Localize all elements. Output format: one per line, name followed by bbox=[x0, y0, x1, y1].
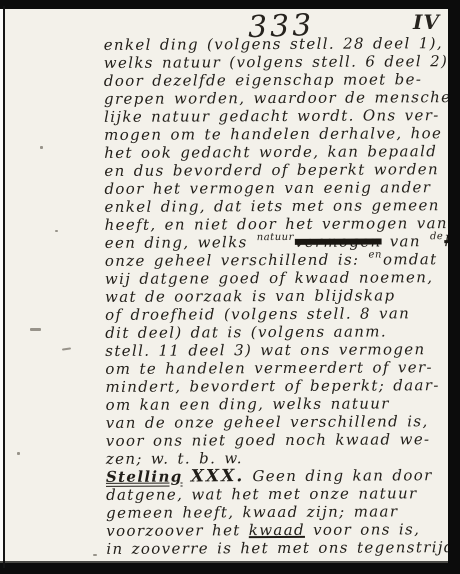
manuscript-line: door het vermogen van eenig ander bbox=[104, 178, 450, 198]
ink-speck bbox=[93, 554, 97, 556]
text-segment: voorzoover het bbox=[106, 521, 249, 540]
ink-speck bbox=[62, 347, 71, 350]
manuscript-line: wat de oorzaak is van blijdskap bbox=[105, 286, 451, 306]
manuscript-line: Stelling XXX. Geen ding kan door bbox=[106, 466, 452, 486]
text-segment: mindert, bevordert of beperkt; daar- bbox=[105, 376, 439, 396]
text-segment: mogen om te handelen derhalve, hoe bbox=[104, 124, 442, 144]
text-segment: XXX. bbox=[191, 466, 245, 486]
manuscript-line: voor ons niet goed noch kwaad we- bbox=[106, 430, 452, 450]
manuscript-line: grepen worden, waardoor de mensche- bbox=[104, 88, 450, 108]
text-segment: omdat bbox=[383, 250, 438, 268]
ink-speck bbox=[30, 328, 41, 331]
text-segment: of droefheid (volgens stell. 8 van bbox=[105, 304, 410, 324]
text-segment: grepen worden, waardoor de mensche- bbox=[104, 88, 458, 108]
manuscript-line: in zooverre is het met ons tegenstrijdig… bbox=[106, 538, 452, 558]
text-segment: wij datgene goed of kwaad noemen, bbox=[105, 268, 434, 288]
ink-speck bbox=[55, 230, 58, 232]
text-segment: van de onze geheel verschillend is, bbox=[106, 412, 429, 432]
manuscript-page: 333 IV enkel ding (volgens stell. 28 dee… bbox=[5, 9, 448, 561]
manuscript-line: enkel ding (volgens stell. 28 deel 1), bbox=[104, 34, 450, 54]
manuscript-line: om kan een ding, welks natuur bbox=[106, 394, 452, 414]
manuscript-line: zen; w. t. b. w. bbox=[106, 448, 452, 468]
text-segment: door het vermogen van eenig ander bbox=[104, 178, 431, 198]
manuscript-line: een ding, welks natuurvermogen van dehet bbox=[105, 232, 451, 252]
inserted-correction: en bbox=[368, 246, 381, 264]
manuscript-line: mogen om te handelen derhalve, hoe bbox=[104, 124, 450, 144]
text-segment: zen; w. t. b. w. bbox=[106, 449, 243, 468]
manuscript-line: mindert, bevordert of beperkt; daar- bbox=[105, 376, 451, 396]
manuscript-line: gemeen heeft, kwaad zijn; maar bbox=[106, 502, 452, 522]
manuscript-line: enkel ding, dat iets met ons gemeen bbox=[104, 196, 450, 216]
ink-speck bbox=[17, 452, 20, 455]
manuscript-line: door dezelfde eigenschap moet be- bbox=[104, 70, 450, 90]
scan-border-bottom bbox=[0, 563, 460, 574]
manuscript-line: en dus bevorderd of beperkt worden bbox=[104, 160, 450, 180]
part-label: IV bbox=[413, 10, 440, 34]
manuscript-line: onze geheel verschillend is: enomdat bbox=[105, 250, 451, 270]
text-segment: om te handelen vermeerdert of ver- bbox=[105, 358, 433, 378]
scan-border-top bbox=[0, 0, 460, 9]
inserted-correction: natuur bbox=[257, 229, 294, 247]
manuscript-line: stell. 11 deel 3) wat ons vermogen bbox=[105, 340, 451, 360]
text-segment: onze geheel verschillend is: bbox=[105, 251, 368, 270]
manuscript-line: wij datgene goed of kwaad noemen, bbox=[105, 268, 451, 288]
text-segment: voor ons niet goed noch kwaad we- bbox=[106, 430, 431, 450]
manuscript-line: van de onze geheel verschillend is, bbox=[106, 412, 452, 432]
text-segment: een ding, welks bbox=[105, 233, 256, 252]
manuscript-line: dit deel) dat is (volgens aanm. bbox=[105, 322, 451, 342]
text-segment bbox=[182, 467, 190, 485]
inserted-correction: de bbox=[430, 228, 443, 246]
text-segment: het ook gedacht worde, kan bepaald bbox=[104, 142, 437, 162]
text-segment: door dezelfde eigenschap moet be- bbox=[104, 70, 422, 90]
manuscript-line: of droefheid (volgens stell. 8 van bbox=[105, 304, 451, 324]
manuscript-line: voorzoover het kwaad voor ons is, bbox=[106, 520, 452, 540]
manuscript-line: het ook gedacht worde, kan bepaald bbox=[104, 142, 450, 162]
scan-border-right bbox=[448, 0, 460, 574]
text-segment: voor ons is, bbox=[305, 520, 420, 539]
manuscript-line: datgene, wat het met onze natuur bbox=[106, 484, 452, 504]
text-segment: kwaad bbox=[249, 521, 305, 539]
text-segment: en dus bevorderd of beperkt worden bbox=[104, 160, 439, 180]
text-segment: wat de oorzaak is van blijdskap bbox=[105, 286, 396, 306]
text-segment: lijke natuur gedacht wordt. Ons ver- bbox=[104, 106, 440, 126]
text-segment: gemeen heeft, kwaad zijn; maar bbox=[106, 502, 398, 522]
scan-border-left bbox=[3, 6, 5, 568]
manuscript-scan: 333 IV enkel ding (volgens stell. 28 dee… bbox=[0, 0, 460, 574]
text-segment: stell. 11 deel 3) wat ons vermogen bbox=[105, 340, 425, 360]
text-segment: datgene, wat het met onze natuur bbox=[106, 484, 418, 504]
manuscript-line: welks natuur (volgens stell. 6 deel 2), bbox=[104, 52, 450, 72]
text-segment: enkel ding, dat iets met ons gemeen bbox=[104, 196, 439, 216]
text-segment: van bbox=[382, 232, 429, 250]
manuscript-line: lijke natuur gedacht wordt. Ons ver- bbox=[104, 106, 450, 126]
text-segment: dit deel) dat is (volgens aanm. bbox=[105, 322, 387, 341]
text-segment: welks natuur (volgens stell. 6 deel 2), bbox=[104, 52, 455, 72]
manuscript-lines: enkel ding (volgens stell. 28 deel 1),we… bbox=[104, 34, 453, 558]
text-segment: Geen ding kan door bbox=[244, 466, 432, 485]
text-segment: om kan een ding, welks natuur bbox=[106, 394, 390, 413]
text-segment: in zooverre is het met ons tegenstrijdig… bbox=[106, 538, 460, 558]
manuscript-line: om te handelen vermeerdert of ver- bbox=[105, 358, 451, 378]
text-segment: enkel ding (volgens stell. 28 deel 1), bbox=[104, 34, 443, 54]
text-segment: Stelling bbox=[106, 468, 183, 486]
ink-speck bbox=[40, 146, 43, 149]
